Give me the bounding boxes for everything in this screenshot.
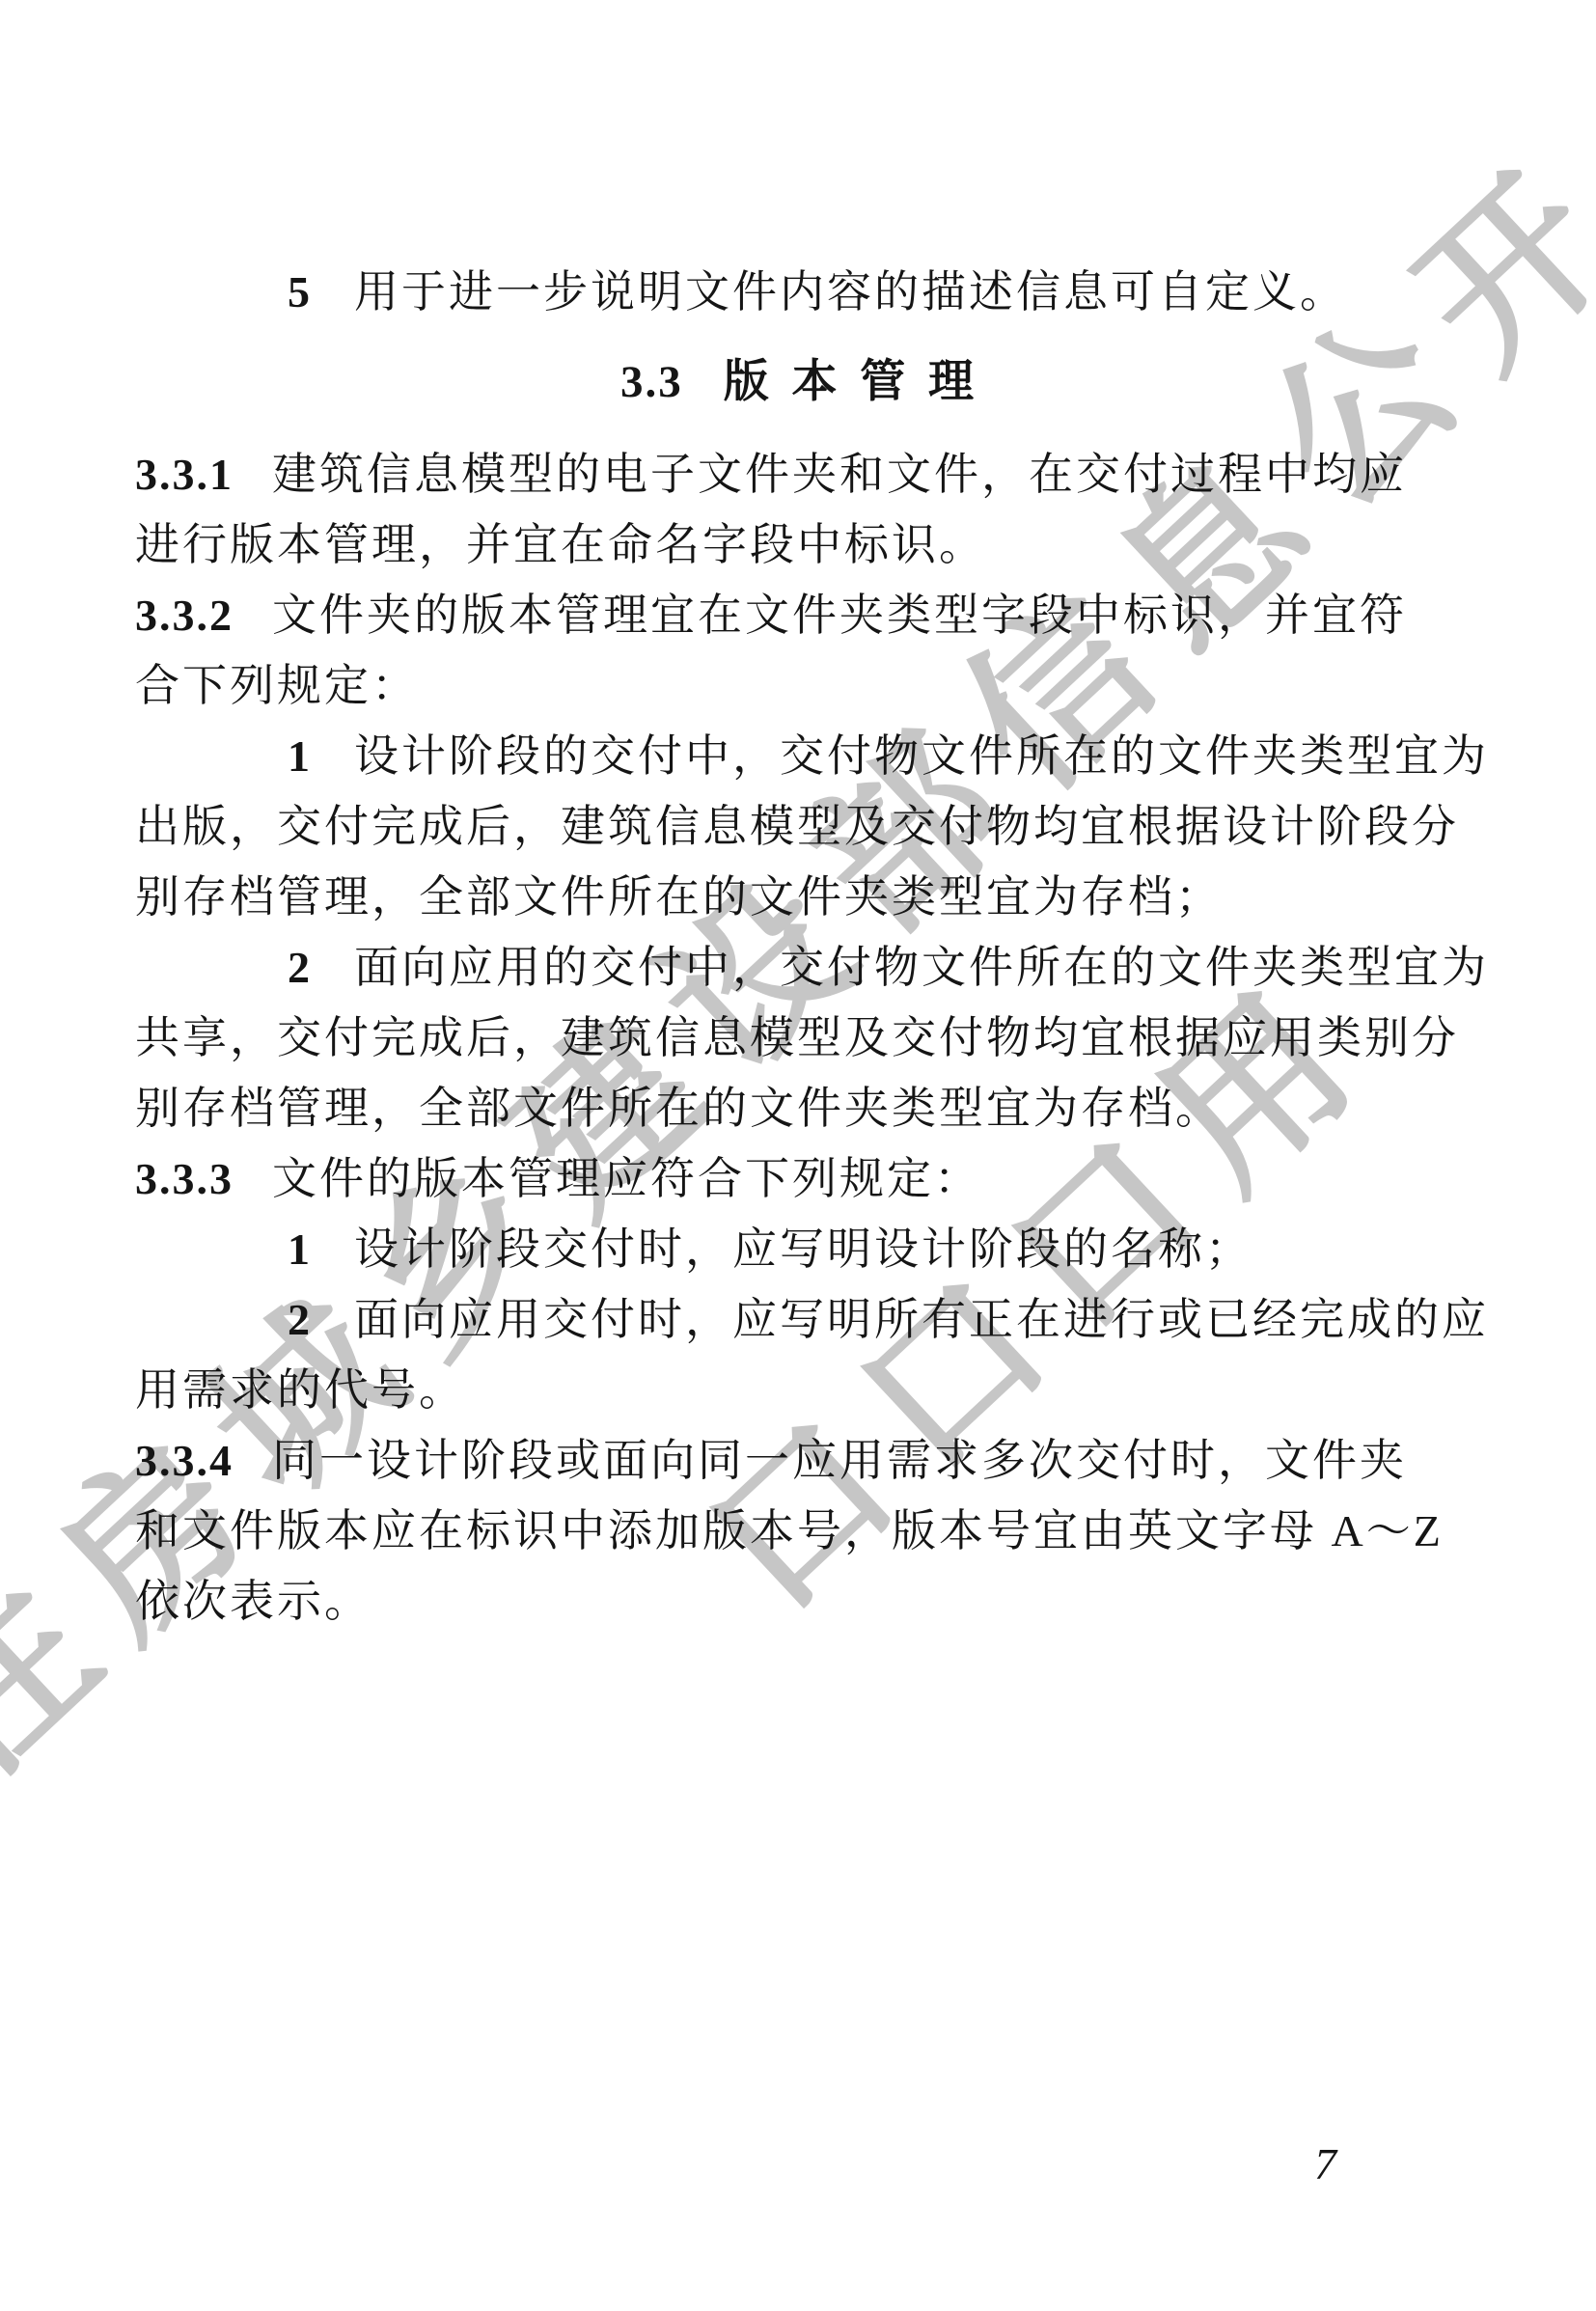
text-line: 别存档管理，全部文件所在的文件夹类型宜为存档； [135,862,1465,932]
text-line: 和文件版本应在标识中添加版本号，版本号宜由英文字母 A～Z [135,1496,1465,1566]
line-text: 和文件版本应在标识中添加版本号，版本号宜由英文字母 A～Z [135,1506,1444,1555]
line-text: 共享，交付完成后，建筑信息模型及交付物均宜根据应用类别分 [135,1013,1459,1062]
line-text: 设计阶段的交付中，交付物文件所在的文件夹类型宜为 [354,731,1489,781]
line-text: 别存档管理，全部文件所在的文件夹类型宜为存档。 [135,1084,1223,1133]
text-line: 依次表示。 [135,1566,1465,1637]
text-line: 2面向应用的交付中，交付物文件所在的文件夹类型宜为 [135,932,1465,1003]
clause-number: 3.3.3 [135,1154,234,1203]
line-text: 面向应用交付时，应写明所有正在进行或已经完成的应 [354,1295,1489,1344]
clause-number: 3.3.2 [135,591,234,640]
clause-number: 3.3.4 [135,1436,234,1485]
line-text: 合下列规定： [135,661,419,710]
line-text: 同一设计阶段或面向同一应用需求多次交付时，文件夹 [272,1436,1407,1485]
clause-number: 3.3.1 [135,450,234,499]
text-line: 3.3.1建筑信息模型的电子文件夹和文件，在交付过程中均应 [135,439,1465,509]
line-text: 出版，交付完成后，建筑信息模型及交付物均宜根据设计阶段分 [135,802,1459,851]
document-content: 5用于进一步说明文件内容的描述信息可自定义。3.3版 本 管 理3.3.1建筑信… [135,257,1465,1637]
line-text: 依次表示。 [135,1577,371,1626]
line-text: 文件的版本管理应符合下列规定： [272,1154,981,1203]
line-text: 版 本 管 理 [724,357,979,407]
line-text: 建筑信息模型的电子文件夹和文件，在交付过程中均应 [272,450,1407,499]
document-page: 住房城乡建设部信息公开 口口口用 5用于进一步说明文件内容的描述信息可自定义。3… [0,0,1596,2311]
line-text: 别存档管理，全部文件所在的文件夹类型宜为存档； [135,872,1223,922]
line-text: 设计阶段交付时，应写明设计阶段的名称； [354,1224,1252,1274]
line-text: 面向应用的交付中，交付物文件所在的文件夹类型宜为 [354,943,1489,992]
section-heading: 3.3版 本 管 理 [135,347,1465,418]
line-text: 用于进一步说明文件内容的描述信息可自定义。 [354,267,1347,316]
text-line: 用需求的代号。 [135,1355,1465,1425]
section-number: 3.3 [620,357,683,407]
text-line: 5用于进一步说明文件内容的描述信息可自定义。 [135,257,1465,327]
line-text: 用需求的代号。 [135,1365,466,1415]
line-text: 文件夹的版本管理宜在文件夹类型字段中标识，并宜符 [272,591,1407,640]
text-line: 进行版本管理，并宜在命名字段中标识。 [135,509,1465,580]
text-line: 3.3.2文件夹的版本管理宜在文件夹类型字段中标识，并宜符 [135,580,1465,650]
text-line: 3.3.3文件的版本管理应符合下列规定： [135,1143,1465,1214]
text-line: 1设计阶段的交付中，交付物文件所在的文件夹类型宜为 [135,721,1465,791]
item-number: 1 [288,731,312,781]
text-line: 共享，交付完成后，建筑信息模型及交付物均宜根据应用类别分 [135,1003,1465,1073]
text-lines: 5用于进一步说明文件内容的描述信息可自定义。3.3版 本 管 理3.3.1建筑信… [135,257,1465,1637]
item-number: 2 [288,943,312,992]
text-line: 合下列规定： [135,650,1465,721]
item-number: 1 [288,1224,312,1274]
page-number: 7 [1314,2138,1336,2189]
text-line: 1设计阶段交付时，应写明设计阶段的名称； [135,1214,1465,1284]
text-line: 2面向应用交付时，应写明所有正在进行或已经完成的应 [135,1284,1465,1355]
line-text: 进行版本管理，并宜在命名字段中标识。 [135,520,986,569]
text-line: 3.3.4同一设计阶段或面向同一应用需求多次交付时，文件夹 [135,1425,1465,1496]
text-line: 别存档管理，全部文件所在的文件夹类型宜为存档。 [135,1073,1465,1143]
text-line: 出版，交付完成后，建筑信息模型及交付物均宜根据设计阶段分 [135,791,1465,862]
item-number: 5 [288,267,312,316]
item-number: 2 [288,1295,312,1344]
